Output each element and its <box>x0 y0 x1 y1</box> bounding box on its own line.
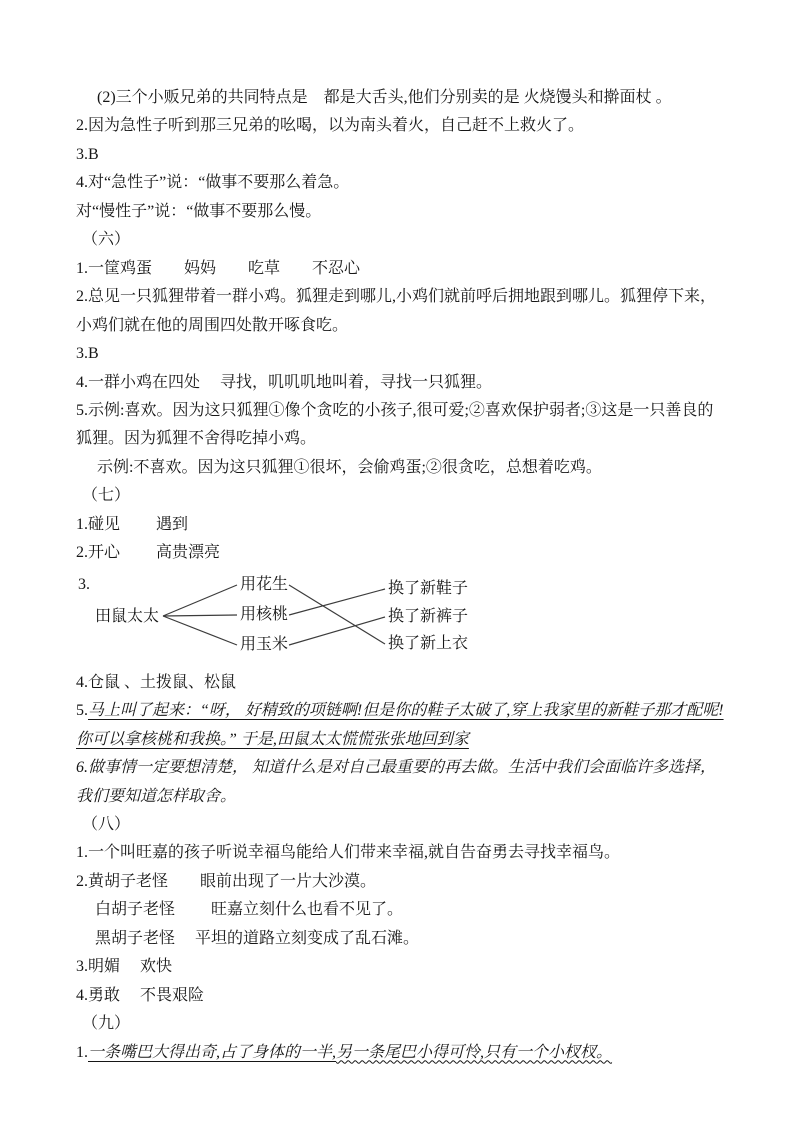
connector-line <box>163 615 237 616</box>
diagram-middle-item: 用玉米 <box>240 636 288 654</box>
section-heading: （六） <box>76 226 724 254</box>
document-page: (2)三个小贩兄弟的共同特点是 都是大舌头,他们分别卖的是 火烧馒头和擀面杖 。… <box>0 0 794 1123</box>
connector-line <box>163 585 237 616</box>
diagram-middle-item: 用核桃 <box>240 606 288 624</box>
diagram-middle-item: 用花生 <box>240 576 288 594</box>
connector-line <box>163 616 237 645</box>
answer-line: 2.因为急性子听到那三兄弟的吆喝，以为南头着火，自己赶不上救火了。 <box>76 112 724 140</box>
answer-line: 2.开心 高贵漂亮 <box>76 539 724 567</box>
answer-line: 4.仓鼠 、土拨鼠、松鼠 <box>76 669 724 697</box>
item-number: 3. <box>78 576 90 594</box>
answer-line: 2.总见一只狐狸带着一群小鸡。狐狸走到哪儿,小鸡们就前呼后拥地跟到哪儿。狐狸停下… <box>76 283 724 340</box>
answer-line: 4.一群小鸡在四处 寻找，叽叽叽地叫着，寻找一只狐狸。 <box>76 369 724 397</box>
answer-line: 1.一个叫旺嘉的孩子听说幸福鸟能给人们带来幸福,就自告奋勇去寻找幸福鸟。 <box>76 839 724 867</box>
answer-line: 5.马上叫了起来：“呀， 好精致的项链啊!但是你的鞋子太破了,穿上我家里的新鞋子… <box>76 697 724 754</box>
answer-line: 对“慢性子”说：“做事不要那么慢。 <box>76 198 724 226</box>
section-heading: （九） <box>76 1010 724 1038</box>
diagram-left-item: 田鼠太太 <box>95 608 159 626</box>
connector-line <box>289 589 385 615</box>
answer-line: 3.明媚 欢快 <box>76 953 724 981</box>
section-heading: （七） <box>76 482 724 510</box>
answer-line: 2.黄胡子老怪 眼前出现了一片大沙漠。 <box>76 868 724 896</box>
matching-diagram: 3. 田鼠太太 用花生 用核桃 用玉米 换了新鞋子 换了新裤子 换了新上衣 <box>76 568 724 653</box>
diagram-right-item: 换了新上衣 <box>388 635 468 653</box>
answer-line: 1.一筐鸡蛋 妈妈 吃草 不忍心 <box>76 255 724 283</box>
connector-line <box>289 585 385 644</box>
wavy-underlined-answer: 另一条尾巴小得可怜,只有一个小杈杈。 <box>336 1044 612 1061</box>
answer-line: 6.做事情一定要想清楚， 知道什么是对自己最重要的再去做。生活中我们会面临许多选… <box>76 754 724 811</box>
answer-line: 1.碰见 遇到 <box>76 511 724 539</box>
diagram-right-item: 换了新鞋子 <box>388 580 468 598</box>
answer-line: 白胡子老怪 旺嘉立刻什么也看不见了。 <box>76 896 724 924</box>
answer-line: 3.B <box>76 141 724 169</box>
section-heading: （八） <box>76 811 724 839</box>
answer-line: 1.一条嘴巴大得出奇,占了身体的一半,另一条尾巴小得可怜,只有一个小杈杈。 <box>76 1039 724 1067</box>
item-number: 5. <box>76 702 88 719</box>
answer-line: 黑胡子老怪 平坦的道路立刻变成了乱石滩。 <box>76 925 724 953</box>
item-number: 1. <box>76 1044 88 1061</box>
answer-line: 示例:不喜欢。因为这只狐狸①很坏，会偷鸡蛋;②很贪吃，总想着吃鸡。 <box>76 454 724 482</box>
underlined-answer: 一条嘴巴大得出奇,占了身体的一半, <box>88 1044 336 1061</box>
answer-line: 4.对“急性子”说：“做事不要那么着急。 <box>76 169 724 197</box>
answer-line: (2)三个小贩兄弟的共同特点是 都是大舌头,他们分别卖的是 火烧馒头和擀面杖 。 <box>76 84 724 112</box>
diagram-right-item: 换了新裤子 <box>388 608 468 626</box>
connector-line <box>289 617 385 645</box>
answer-line: 4.勇敢 不畏艰险 <box>76 982 724 1010</box>
answer-line: 5.示例:喜欢。因为这只狐狸①像个贪吃的小孩子,很可爱;②喜欢保护弱者;③这是一… <box>76 397 724 454</box>
underlined-answer: 马上叫了起来：“呀， 好精致的项链啊!但是你的鞋子太破了,穿上我家里的新鞋子那才… <box>76 702 724 747</box>
answer-line: 3.B <box>76 340 724 368</box>
